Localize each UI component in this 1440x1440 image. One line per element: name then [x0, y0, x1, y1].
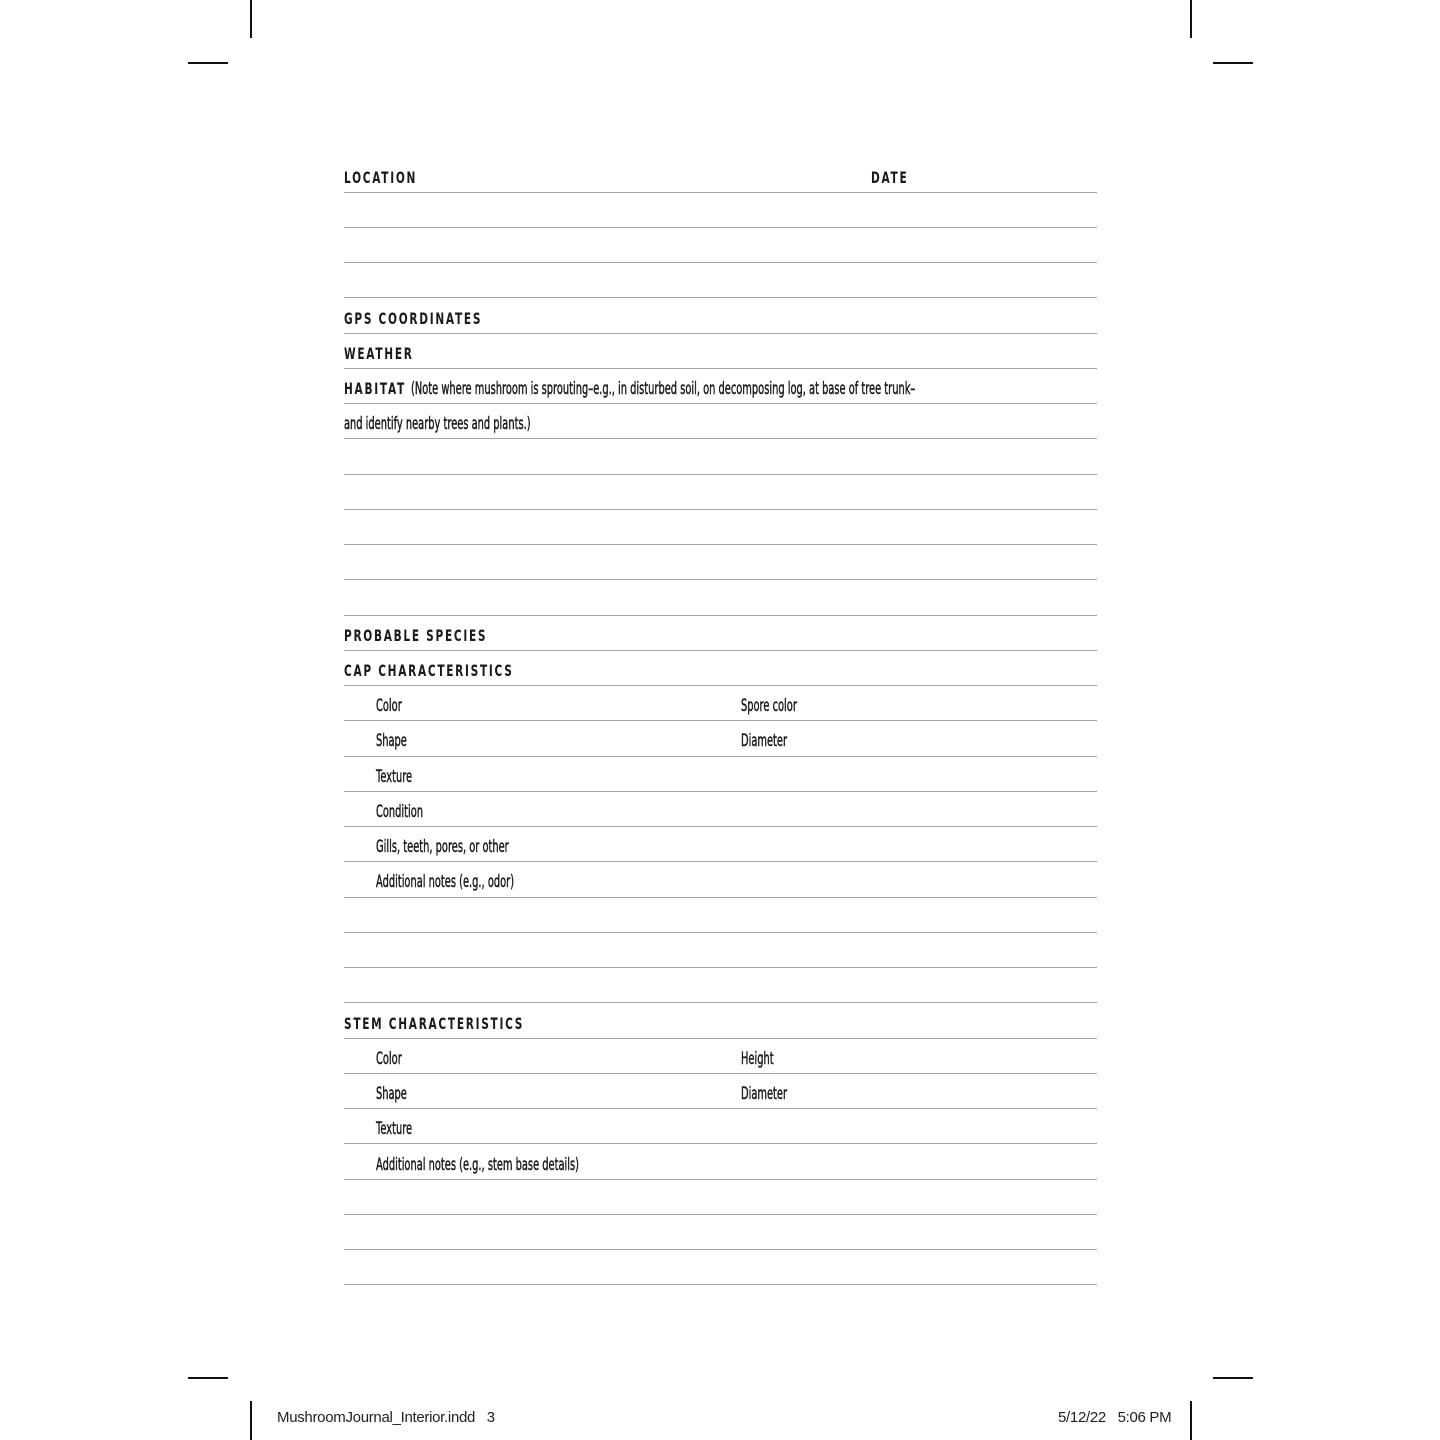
habitat-label: HABITAT [344, 379, 406, 399]
ruled-line [344, 1108, 1097, 1109]
ruled-line [344, 544, 1097, 545]
stem-height-label: Height [741, 1049, 774, 1069]
ruled-line [344, 1179, 1097, 1180]
stem-notes-label: Additional notes (e.g., stem base detail… [376, 1155, 579, 1175]
stem-shape-label: Shape [376, 1084, 407, 1104]
ruled-line [344, 1249, 1097, 1250]
ruled-line [344, 1143, 1097, 1144]
weather-label: WEATHER [344, 344, 414, 364]
footer-filename: MushroomJournal_Interior.indd 3 [277, 1409, 495, 1426]
location-label: LOCATION [344, 168, 417, 188]
ruled-line [344, 1002, 1097, 1003]
footer-time: 5:06 PM [1118, 1409, 1172, 1426]
crop-mark-bottom-left-vertical [250, 1401, 252, 1440]
habitat-instruction-2: and identify nearby trees and plants.) [344, 414, 531, 434]
ruled-line [344, 227, 1097, 228]
ruled-line [344, 579, 1097, 580]
ruled-line [344, 897, 1097, 898]
ruled-line [344, 1214, 1097, 1215]
probable-species-label: PROBABLE SPECIES [344, 626, 487, 646]
footer-page-number: 3 [487, 1409, 495, 1426]
ruled-line [344, 720, 1097, 721]
ruled-line [344, 368, 1097, 369]
cap-condition-label: Condition [376, 802, 423, 822]
footer-file: MushroomJournal_Interior.indd [277, 1409, 475, 1426]
gps-label: GPS COORDINATES [344, 309, 482, 329]
ruled-line [344, 791, 1097, 792]
ruled-line [344, 932, 1097, 933]
ruled-line [344, 1284, 1097, 1285]
ruled-line [344, 474, 1097, 475]
ruled-line [344, 509, 1097, 510]
ruled-line [344, 297, 1097, 298]
ruled-line [344, 756, 1097, 757]
ruled-line [344, 333, 1097, 334]
crop-mark-top-left-horizontal [188, 62, 228, 64]
journal-page: LOCATION DATE GPS COORDINATES WEATHER HA… [344, 0, 1097, 1440]
ruled-line [344, 967, 1097, 968]
stem-diameter-label: Diameter [741, 1084, 787, 1104]
cap-notes-label: Additional notes (e.g., odor) [376, 872, 514, 892]
footer-timestamp: 5/12/22 5:06 PM [1058, 1409, 1171, 1426]
cap-diameter-label: Diameter [741, 731, 787, 751]
cap-shape-label: Shape [376, 731, 407, 751]
ruled-line [344, 861, 1097, 862]
ruled-line [344, 1038, 1097, 1039]
cap-color-label: Color [376, 696, 402, 716]
crop-mark-bottom-right-horizontal [1213, 1377, 1253, 1379]
stem-characteristics-heading: STEM CHARACTERISTICS [344, 1014, 524, 1034]
crop-mark-top-right-vertical [1190, 0, 1192, 38]
cap-texture-label: Texture [376, 767, 412, 787]
ruled-line [344, 403, 1097, 404]
crop-mark-top-right-horizontal [1213, 62, 1253, 64]
stem-texture-label: Texture [376, 1119, 412, 1139]
ruled-line [344, 192, 1097, 193]
crop-mark-top-left-vertical [250, 0, 252, 38]
ruled-line [344, 262, 1097, 263]
cap-spore-color-label: Spore color [741, 696, 797, 716]
habitat-instruction-1: (Note where mushroom is sprouting–e.g., … [411, 379, 915, 399]
footer-date: 5/12/22 [1058, 1409, 1106, 1426]
stem-color-label: Color [376, 1049, 402, 1069]
ruled-line [344, 826, 1097, 827]
cap-gills-label: Gills, teeth, pores, or other [376, 837, 509, 857]
cap-characteristics-heading: CAP CHARACTERISTICS [344, 661, 514, 681]
ruled-line [344, 615, 1097, 616]
ruled-line [344, 650, 1097, 651]
ruled-line [344, 438, 1097, 439]
crop-mark-bottom-right-vertical [1190, 1401, 1192, 1440]
ruled-line [344, 685, 1097, 686]
ruled-line [344, 1073, 1097, 1074]
crop-mark-bottom-left-horizontal [188, 1377, 228, 1379]
date-label: DATE [871, 168, 908, 188]
